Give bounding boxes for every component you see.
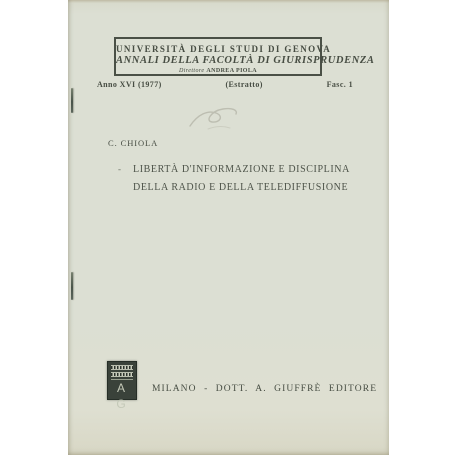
issue-meta-row: Anno XVI (1977) (Estratto) Fasc. 1 [97,80,353,89]
title-line-2: DELLA RADIO E DELLA TELEDIFFUSIONE [133,179,350,197]
title-block: - LIBERTÀ D'INFORMAZIONE E DISCIPLINA DE… [118,161,350,197]
title-line-1: LIBERTÀ D'INFORMAZIONE E DISCIPLINA [133,161,350,179]
logo-initials: A G [111,379,133,412]
scanned-cover: UNIVERSITÀ DEGLI STUDI DI GENOVA ANNALI … [0,0,455,455]
booklet-page: UNIVERSITÀ DEGLI STUDI DI GENOVA ANNALI … [68,0,389,455]
giuffre-logo: A G [107,361,137,400]
director-name: ANDREA PIOLA [206,68,257,74]
header-box: UNIVERSITÀ DEGLI STUDI DI GENOVA ANNALI … [114,37,322,76]
director-line: Direttore ANDREA PIOLA [116,68,320,74]
author-name: C. CHIOLA [108,138,158,148]
issue-fascicle: Fasc. 1 [327,80,353,89]
university-name: UNIVERSITÀ DEGLI STUDI DI GENOVA [116,44,320,54]
logo-microtext-bar [111,372,133,377]
logo-microtext-bar [111,365,133,370]
staple-bottom [71,272,73,300]
pencil-smudge [178,96,250,142]
publisher-imprint: MILANO - DOTT. A. GIUFFRÈ EDITORE [152,384,377,394]
issue-year: Anno XVI (1977) [97,80,162,89]
staple-top [71,88,73,113]
director-label: Direttore [179,68,205,74]
title-dash: - [118,164,133,174]
issue-kind: (Estratto) [225,80,262,89]
series-title: ANNALI DELLA FACOLTÀ DI GIURISPRUDENZA [116,55,320,66]
